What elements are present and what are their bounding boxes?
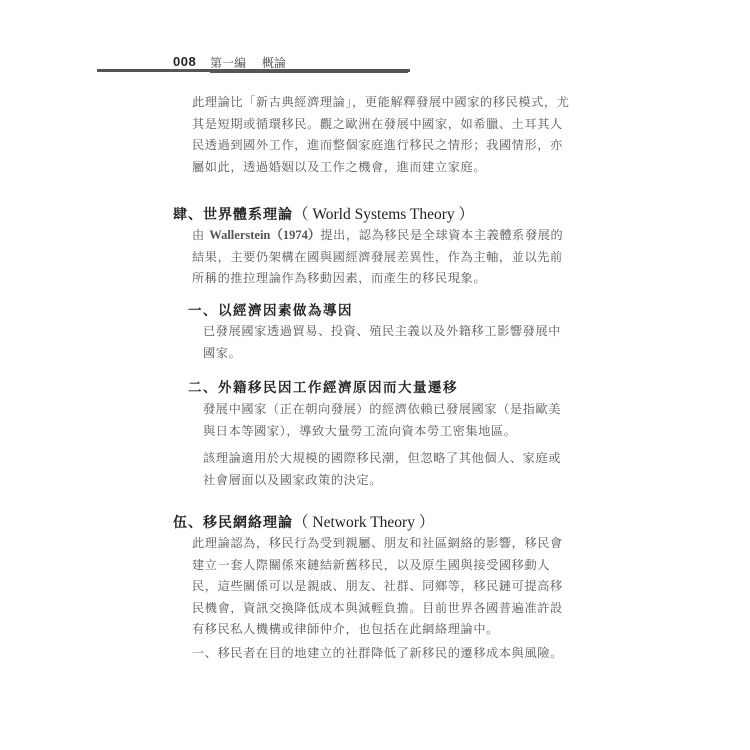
sub2-paragraph-1: 發展中國家（正在朝向發展）的經濟依賴已發展國家（是指歐美 與日本等國家），導致大… [203, 399, 561, 442]
text-line: 有移民私人機構或律師仲介，也包括在此網絡理論中。 [192, 619, 563, 641]
page-number: 008 [173, 54, 196, 69]
text-line: 民透過到國外工作，進而整個家庭進行移民之情形；我國情形，亦 [192, 135, 570, 157]
text-line: 建立一套人際關係來鏈結新舊移民，以及原生國與接受國移動人 [192, 555, 563, 577]
subheading-labor-migration: 二、外籍移民因工作經濟原因而大量遷移 [188, 376, 458, 396]
text-line: 該理論適用於大規模的國際移民潮，但忽略了其他個人、家庭或 [203, 448, 561, 470]
text-line: 結果，主要仍架構在國與國經濟發展差異性，作為主軸，並以先前 [192, 247, 563, 269]
sub1-paragraph: 已發展國家透過貿易、投資、殖民主義以及外籍移工影響發展中 國家。 [203, 321, 561, 364]
heading-zh: 肆、世界體系理論 [173, 207, 293, 223]
text-line: 其是短期或循環移民。觀之歐洲在發展中國家，如希臘、土耳其人 [192, 114, 570, 136]
section5-paragraph: 此理論認為，移民行為受到親屬、朋友和社區網絡的影響，移民會 建立一套人際關係來鏈… [192, 533, 563, 641]
section4-paragraph: 由 Wallerstein（1974）提出，認為移民是全球資本主義體系發展的 結… [192, 225, 563, 290]
text-line: 社會層面以及國家政策的決定。 [203, 470, 561, 492]
text-line: 發展中國家（正在朝向發展）的經濟依賴已發展國家（是指歐美 [203, 399, 561, 421]
para-prefix: 由 [192, 228, 209, 242]
chapter-label: 概論 [262, 56, 286, 70]
intro-paragraph: 此理論比「新古典經濟理論」，更能解釋發展中國家的移民模式，尤 其是短期或循環移民… [192, 92, 570, 178]
subheading-economic-factors: 一、以經濟因素做為導因 [188, 299, 353, 319]
section-heading-world-systems: 肆、世界體系理論（ World Systems Theory ） [173, 202, 474, 224]
heading-zh: 伍、移民網絡理論 [173, 515, 293, 531]
header-rule [97, 69, 410, 72]
text-fragment: 提出，認為移民是全球資本主義體系發展的 [320, 228, 563, 242]
text-line: 由 Wallerstein（1974）提出，認為移民是全球資本主義體系發展的 [192, 225, 563, 247]
text-line: 民，這些關係可以是親戚、朋友、社群、同鄉等，移民鏈可提高移 [192, 576, 563, 598]
text-line: 與日本等國家），導致大量勞工流向資本勞工密集地區。 [203, 421, 561, 443]
text-line: 所稱的推拉理論作為移動因素，而產生的移民現象。 [192, 268, 563, 290]
text-line: 國家。 [203, 343, 561, 365]
running-header: 008 第一編 概論 [97, 52, 410, 76]
author-citation: Wallerstein（1974） [209, 228, 320, 242]
heading-en: （ World Systems Theory ） [293, 206, 474, 223]
text-line: 已發展國家透過貿易、投資、殖民主義以及外籍移工影響發展中 [203, 321, 561, 343]
text-line: 民機會，資訊交換降低成本與減輕負擔。目前世界各國普遍准許設 [192, 598, 563, 620]
text-line: 此理論比「新古典經濟理論」，更能解釋發展中國家的移民模式，尤 [192, 92, 570, 114]
sub2-paragraph-2: 該理論適用於大規模的國際移民潮，但忽略了其他個人、家庭或 社會層面以及國家政策的… [203, 448, 561, 491]
section-heading-network: 伍、移民網絡理論（ Network Theory ） [173, 510, 434, 532]
part-label: 第一編 [210, 56, 246, 70]
section5-point-1: 一、移民者在目的地建立的社群降低了新移民的遷移成本與風險。 [192, 643, 563, 665]
heading-en: （ Network Theory ） [293, 514, 434, 531]
text-line: 此理論認為，移民行為受到親屬、朋友和社區網絡的影響，移民會 [192, 533, 563, 555]
text-line: 屬如此，透過婚姻以及工作之機會，進而建立家庭。 [192, 157, 570, 179]
